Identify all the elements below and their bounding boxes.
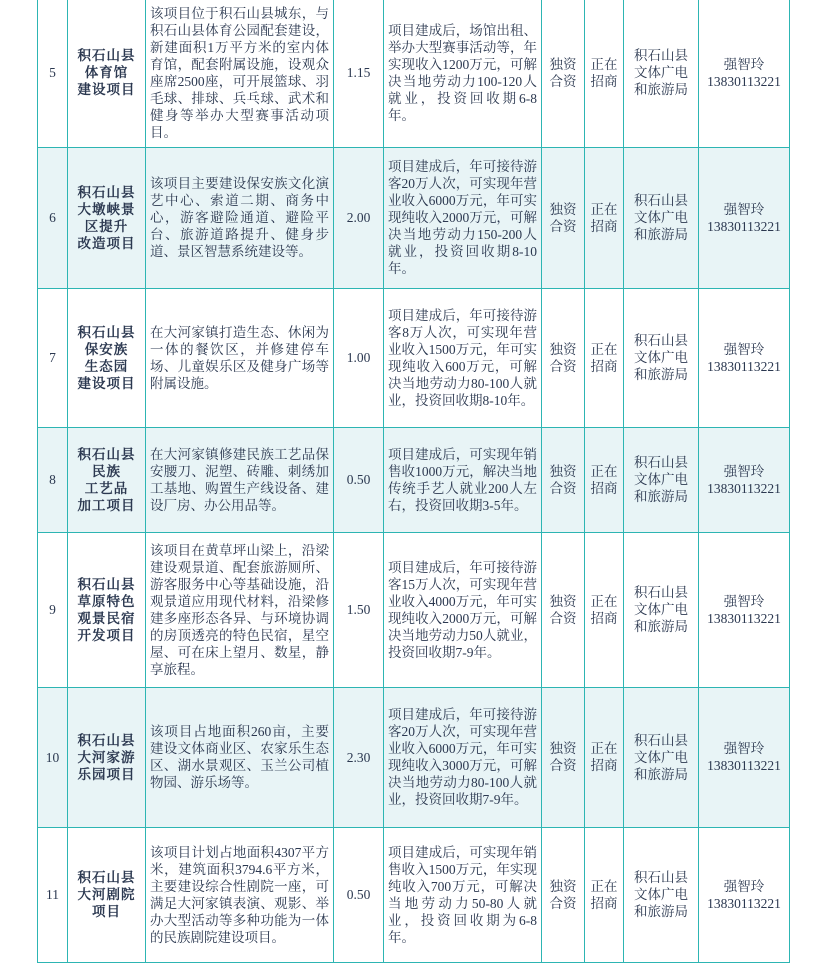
project-benefits: 项目建成后，可实现年销售收1000万元，解决当地传统手艺人就业200人左右，投资… xyxy=(384,427,542,532)
project-name: 积石山县 大墩峡景 区提升 改造项目 xyxy=(68,147,146,288)
cooperation-mode: 独资 合资 xyxy=(542,532,585,687)
contact-person: 强智玲 13830113221 xyxy=(699,288,790,427)
contact-person: 强智玲 13830113221 xyxy=(699,827,790,962)
investment-amount: 0.50 xyxy=(334,427,384,532)
responsible-department: 积石山县 文体广电 和旅游局 xyxy=(624,532,699,687)
project-status: 正在 招商 xyxy=(585,827,624,962)
project-status: 正在 招商 xyxy=(585,427,624,532)
responsible-department: 积石山县 文体广电 和旅游局 xyxy=(624,427,699,532)
project-status: 正在 招商 xyxy=(585,0,624,147)
row-number: 6 xyxy=(38,147,68,288)
contact-person: 强智玲 13830113221 xyxy=(699,147,790,288)
project-benefits: 项目建成后，年可接待游客8万人次，可实现年营业收入1500万元，年可实现纯收入6… xyxy=(384,288,542,427)
project-description: 该项目占地面积260亩，主要建设文体商业区、农家乐生态区、湖水景观区、玉兰公司植… xyxy=(146,687,334,827)
responsible-department: 积石山县 文体广电 和旅游局 xyxy=(624,687,699,827)
cooperation-mode: 独资 合资 xyxy=(542,288,585,427)
project-name: 积石山县 保安族 生态园 建设项目 xyxy=(68,288,146,427)
cooperation-mode: 独资 合资 xyxy=(542,0,585,147)
project-description: 在大河家镇打造生态、休闲为一体的餐饮区，并修建停车场、儿童娱乐区及健身广场等附属… xyxy=(146,288,334,427)
project-benefits: 项目建成后，年可接待游客20万人次，可实现年营业收入6000万元，年可实现纯收入… xyxy=(384,687,542,827)
project-name: 积石山县 大河家游 乐园项目 xyxy=(68,687,146,827)
project-benefits: 项目建成后，可实现年销售收入1500万元，年实现纯收入700万元，可解决当地劳动… xyxy=(384,827,542,962)
project-table: 5 积石山县 体育馆 建设项目 该项目位于积石山县城东，与积石山县体育公园配套建… xyxy=(37,0,790,963)
project-description: 在大河家镇修建民族工艺品保安腰刀、泥塑、砖雕、刺绣加工基地、购置生产线设备、建设… xyxy=(146,427,334,532)
project-description: 该项目计划占地面积4307平方米，建筑面积3794.6平方米，主要建设综合性剧院… xyxy=(146,827,334,962)
project-benefits: 项目建成后，年可接待游客15万人次，可实现年营业收入4000万元，年可实现纯收入… xyxy=(384,532,542,687)
row-number: 5 xyxy=(38,0,68,147)
cooperation-mode: 独资 合资 xyxy=(542,687,585,827)
table-row: 6 积石山县 大墩峡景 区提升 改造项目 该项目主要建设保安族文化演艺中心、索道… xyxy=(38,147,790,288)
contact-person: 强智玲 13830113221 xyxy=(699,532,790,687)
project-name: 积石山县 大河剧院 项目 xyxy=(68,827,146,962)
row-number: 11 xyxy=(38,827,68,962)
contact-person: 强智玲 13830113221 xyxy=(699,0,790,147)
cooperation-mode: 独资 合资 xyxy=(542,827,585,962)
table-row: 10 积石山县 大河家游 乐园项目 该项目占地面积260亩，主要建设文体商业区、… xyxy=(38,687,790,827)
row-number: 10 xyxy=(38,687,68,827)
table-row: 11 积石山县 大河剧院 项目 该项目计划占地面积4307平方米，建筑面积379… xyxy=(38,827,790,962)
project-status: 正在 招商 xyxy=(585,288,624,427)
table-row: 7 积石山县 保安族 生态园 建设项目 在大河家镇打造生态、休闲为一体的餐饮区，… xyxy=(38,288,790,427)
responsible-department: 积石山县 文体广电 和旅游局 xyxy=(624,288,699,427)
responsible-department: 积石山县 文体广电 和旅游局 xyxy=(624,147,699,288)
row-number: 8 xyxy=(38,427,68,532)
project-status: 正在 招商 xyxy=(585,532,624,687)
table-row: 9 积石山县 草原特色 观景民宿 开发项目 该项目在黄草坪山梁上，沿梁建设观景道… xyxy=(38,532,790,687)
row-number: 7 xyxy=(38,288,68,427)
project-status: 正在 招商 xyxy=(585,687,624,827)
investment-amount: 1.00 xyxy=(334,288,384,427)
row-number: 9 xyxy=(38,532,68,687)
table-row: 8 积石山县 民族 工艺品 加工项目 在大河家镇修建民族工艺品保安腰刀、泥塑、砖… xyxy=(38,427,790,532)
cooperation-mode: 独资 合资 xyxy=(542,427,585,532)
responsible-department: 积石山县 文体广电 和旅游局 xyxy=(624,0,699,147)
investment-amount: 2.30 xyxy=(334,687,384,827)
project-name: 积石山县 草原特色 观景民宿 开发项目 xyxy=(68,532,146,687)
contact-person: 强智玲 13830113221 xyxy=(699,687,790,827)
project-description: 该项目主要建设保安族文化演艺中心、索道二期、商务中心，游客避险通道、避险平台、旅… xyxy=(146,147,334,288)
investment-amount: 2.00 xyxy=(334,147,384,288)
project-name: 积石山县 体育馆 建设项目 xyxy=(68,0,146,147)
project-benefits: 项目建成后，年可接待游客20万人次，可实现年营业收入6000万元，年可实现纯收入… xyxy=(384,147,542,288)
investment-amount: 0.50 xyxy=(334,827,384,962)
cooperation-mode: 独资 合资 xyxy=(542,147,585,288)
investment-amount: 1.15 xyxy=(334,0,384,147)
contact-person: 强智玲 13830113221 xyxy=(699,427,790,532)
project-benefits: 项目建成后，场馆出租、举办大型赛事活动等，年实现收入1200万元，可解决当地劳动… xyxy=(384,0,542,147)
project-description: 该项目位于积石山县城东，与积石山县体育公园配套建设，新建面积1万平方米的室内体育… xyxy=(146,0,334,147)
project-description: 该项目在黄草坪山梁上，沿梁建设观景道、配套旅游厕所、游客服务中心等基础设施，沿观… xyxy=(146,532,334,687)
investment-amount: 1.50 xyxy=(334,532,384,687)
project-status: 正在 招商 xyxy=(585,147,624,288)
responsible-department: 积石山县 文体广电 和旅游局 xyxy=(624,827,699,962)
table-row: 5 积石山县 体育馆 建设项目 该项目位于积石山县城东，与积石山县体育公园配套建… xyxy=(38,0,790,147)
project-name: 积石山县 民族 工艺品 加工项目 xyxy=(68,427,146,532)
